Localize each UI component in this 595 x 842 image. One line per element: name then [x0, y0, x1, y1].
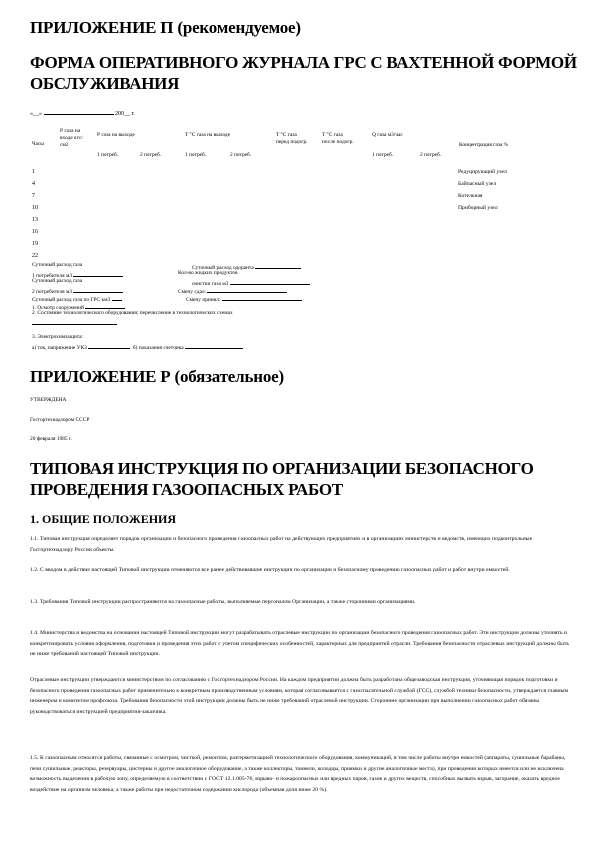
summary-daily-gas: Суточный расход газа: [32, 262, 82, 269]
summary-daily-gas-2: Суточный расход газа: [32, 278, 82, 285]
annex-r-title: ПРИЛОЖЕНИЕ Р (обязательное): [30, 367, 284, 387]
row-hour: 4: [32, 181, 35, 187]
col-flow-c2: 2 потреб.: [420, 152, 441, 159]
document-page: ПРИЛОЖЕНИЕ П (рекомендуемое) ФОРМА ОПЕРА…: [0, 0, 595, 842]
summary-item3-line: а) ток, напряжение УКЗ б) показания счет…: [32, 342, 243, 352]
row-hour: 1: [32, 169, 35, 175]
col-odorant: Концентрация газа %: [459, 142, 508, 149]
instruction-title: ТИПОВАЯ ИНСТРУКЦИЯ ПО ОРГАНИЗАЦИИ БЕЗОПА…: [30, 458, 590, 500]
counter-field[interactable]: [185, 342, 243, 349]
unit-label: Редуцирующий узел: [458, 169, 507, 175]
summary-liquid: Кол-во жидких продуктов: [178, 270, 238, 277]
date-year: 200__ г.: [115, 111, 135, 117]
consumer1-field[interactable]: [73, 270, 123, 277]
consumer2-field[interactable]: [73, 286, 123, 293]
row-hour: 10: [32, 205, 38, 211]
col-t-out: T °C газа на выходе: [185, 132, 230, 139]
cleaning-field[interactable]: [230, 278, 310, 285]
approval-date: 20 февраля 1985 г.: [30, 436, 72, 443]
col-p-out: Р газа на выходе: [97, 132, 135, 139]
inspection-field[interactable]: [85, 302, 125, 309]
col-t-after: T °C газа после подогр.: [322, 132, 356, 146]
paragraph-1-3: 1.3. Требования Типовой инструкции распр…: [30, 597, 570, 608]
shift-accepted-field[interactable]: [222, 294, 302, 301]
summary-shift-accepted: Смену принял:: [186, 294, 302, 304]
paragraph-1-2: 1.2. С вводом в действие настоящей Типов…: [30, 565, 570, 576]
col-p-in: Р газа на входе кгс/см2: [60, 128, 90, 148]
col-hours: Часы: [32, 141, 44, 148]
form-title: ФОРМА ОПЕРАТИВНОГО ЖУРНАЛА ГРС С ВАХТЕНН…: [30, 52, 590, 94]
date-line: «__» 200__ г.: [30, 108, 135, 118]
section-title: 1. ОБЩИЕ ПОЛОЖЕНИЯ: [30, 512, 176, 527]
unit-label: Байпасный узел: [458, 181, 496, 187]
col-flow-c1: 1 потреб.: [372, 152, 393, 159]
paragraph-1-1: 1.1. Типовая инструкция определяет поряд…: [30, 534, 570, 555]
col-flow: Q газа м3/час: [372, 132, 403, 139]
unit-label: Приборный узел: [458, 205, 498, 211]
col-p-out-c1: 1 потреб.: [97, 152, 118, 159]
authority-label: Госгортехнадзором СССР: [30, 417, 89, 424]
row-hour: 16: [32, 229, 38, 235]
row-hour: 7: [32, 193, 35, 199]
row-hour: 22: [32, 253, 38, 259]
col-t-out-c2: 2 потреб.: [230, 152, 251, 159]
col-t-out-c1: 1 потреб.: [185, 152, 206, 159]
approved-label: УТВЕРЖДЕНА: [30, 397, 66, 404]
paragraph-1-4: 1.4. Министерства и ведомства на основан…: [30, 628, 570, 660]
item2-field[interactable]: [32, 324, 117, 325]
date-blank[interactable]: [44, 108, 114, 115]
paragraph-1-5: 1.5. К газоопасным относятся работы, свя…: [30, 753, 570, 795]
annex-p-title: ПРИЛОЖЕНИЕ П (рекомендуемое): [30, 18, 301, 38]
grs-total-field[interactable]: [112, 294, 122, 301]
unit-label: Котельная: [458, 193, 483, 199]
col-p-out-c2: 2 потреб.: [140, 152, 161, 159]
col-t-before: T °C газа перед подогр.: [276, 132, 310, 146]
row-hour: 13: [32, 217, 38, 223]
summary-item3: 3. Электрохимзащита:: [32, 334, 83, 341]
summary-item2: 2. Состояние технологического оборудован…: [32, 310, 233, 317]
odorant-field[interactable]: [255, 262, 301, 269]
row-hour: 19: [32, 241, 38, 247]
shift-handed-field[interactable]: [207, 286, 287, 293]
ukz-field[interactable]: [88, 342, 130, 349]
paragraph-industry: Отраслевые инструкции утверждаются минис…: [30, 675, 570, 717]
date-prefix: «__»: [30, 111, 44, 117]
